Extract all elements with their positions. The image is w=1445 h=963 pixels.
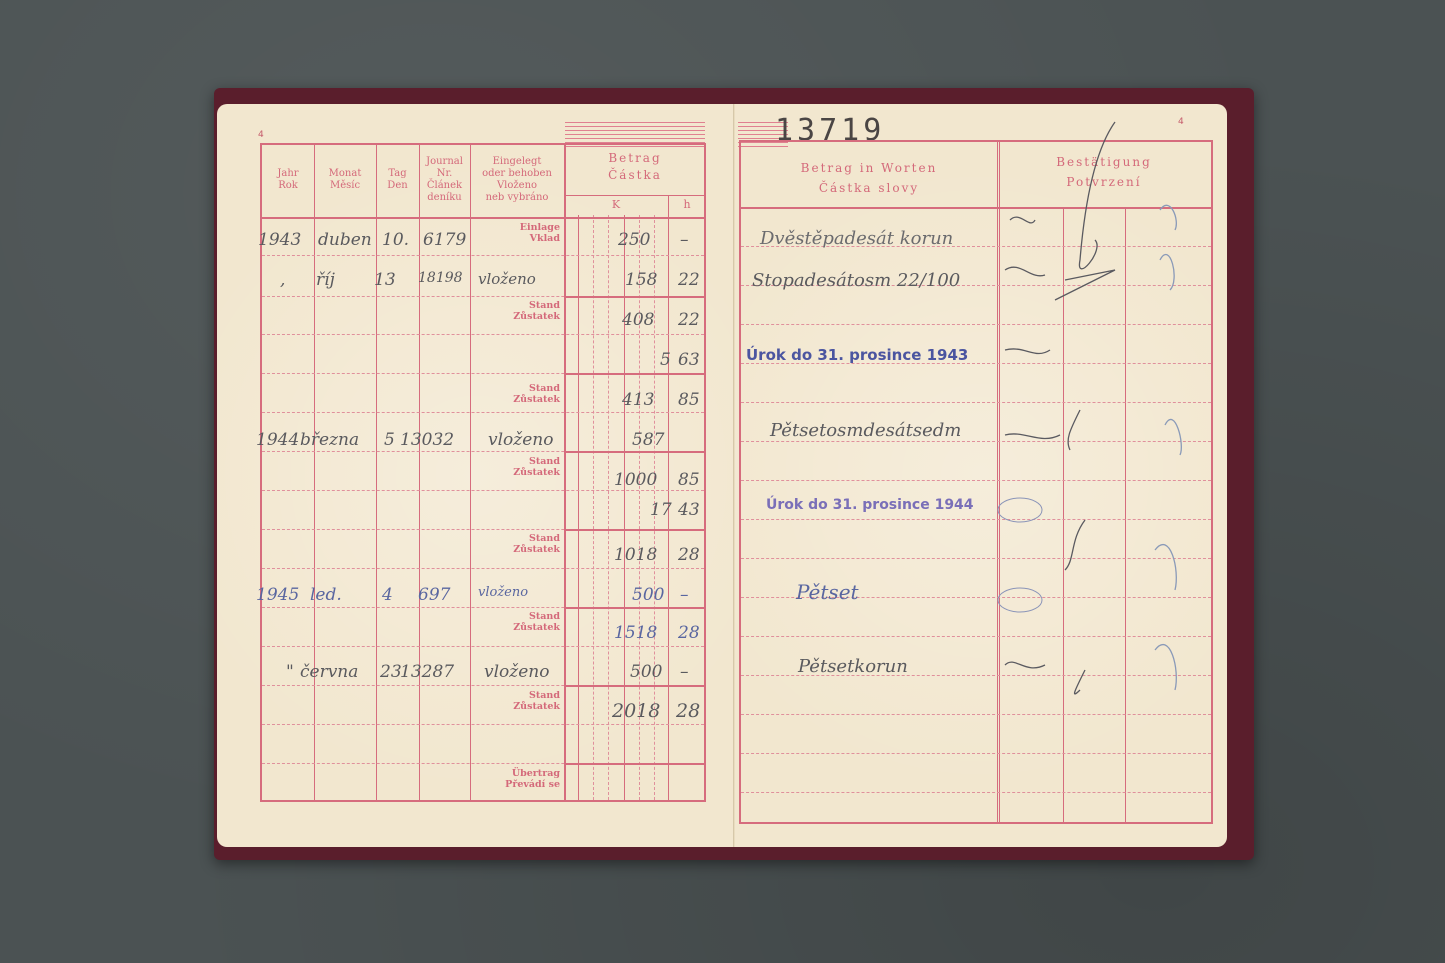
entry-day: 10. [382,230,409,250]
entry-type: vloženo [488,430,553,450]
amount-in-words: Pětset [796,580,859,604]
interest-h: 63 [678,350,700,370]
header-type: Eingelegtoder behobenVloženoneb vybráno [470,156,564,204]
label-balance: StandZůstatek [470,300,560,322]
balance-k: 1018 [614,545,657,565]
balance-h: 28 [678,623,700,643]
entry-year: 1945 [256,585,299,605]
amount-in-words: Pětsetosmdesátsedm [770,420,961,441]
balance-h: 85 [678,390,700,410]
entry-day: 23 [380,662,402,682]
header-amount-h: h [668,199,706,211]
balance-k: 1518 [614,623,657,643]
balance-k: 1000 [614,470,657,490]
entry-amount-h: – [680,662,689,682]
label-deposit: EinlageVklad [470,222,560,244]
entry-day: 5 [384,430,395,450]
entry-month: března [300,430,359,450]
entry-month: led. [310,585,342,605]
balance-k: 408 [622,310,654,330]
entry-year: 1943 [258,230,301,250]
entry-amount-k: 587 [632,430,664,450]
interest-stamp-1943: Úrok do 31. prosince 1943 [746,346,968,364]
label-balance: StandZůstatek [470,456,560,478]
header-amount-k: K [564,199,668,211]
entry-amount-k: 500 [632,585,664,605]
left-page-number: 4 [258,130,264,140]
entry-journal: 18198 [418,270,463,286]
entry-year: , [280,270,285,290]
label-balance: StandZůstatek [470,383,560,405]
entry-type: vloženo [478,270,536,288]
entry-month: června [300,662,358,682]
label-carryover: ÜbertragPřevádí se [470,768,560,790]
header-amount-words: Betrag in WortenČástka slovy [741,158,997,198]
interest-k: 17 [650,500,672,520]
entry-year: " [286,662,294,682]
amount-in-words: Stopadesátosm 22/100 [752,270,960,291]
label-balance: StandZůstatek [470,533,560,555]
header-amount: BetragČástka [564,150,706,184]
balance-h: 22 [678,310,700,330]
header-day: TagDen [376,168,419,192]
entry-journal: 697 [418,585,450,605]
entry-amount-h: – [680,585,689,605]
label-balance: StandZůstatek [470,611,560,633]
interest-k: 5 [660,350,671,370]
label-balance: StandZůstatek [470,690,560,712]
entry-journal: 6179 [423,230,466,250]
balance-k: 413 [622,390,654,410]
entry-amount-k: 500 [630,662,662,682]
entry-amount-h: – [680,230,689,250]
signatures-icon [995,110,1205,710]
header-month: MonatMěsíc [314,168,376,192]
header-year: JahrRok [262,168,314,192]
balance-h: 28 [676,700,700,722]
entry-type: vloženo [484,662,549,682]
balance-h: 28 [678,545,700,565]
balance-h: 85 [678,470,700,490]
interest-h: 43 [678,500,700,520]
header-journal: JournalNr.Článekdeníku [419,156,470,204]
entry-amount-k: 158 [625,270,657,290]
entry-journal: 13287 [400,662,454,682]
entry-day: 13 [374,270,396,290]
entry-amount-h: 22 [678,270,700,290]
amount-in-words: Pětsetkorun [798,656,908,677]
balance-k: 2018 [612,700,660,722]
entry-month: duben [318,230,372,250]
amount-in-words: Dvěstěpadesát korun [760,228,953,249]
entry-month: říj [316,270,335,290]
entry-type: vloženo [478,585,528,600]
interest-stamp-1944: Úrok do 31. prosince 1944 [766,497,974,513]
entry-journal: 13032 [400,430,454,450]
entry-amount-k: 250 [618,230,650,250]
entry-year: 1944 [256,430,299,450]
entry-day: 4 [382,585,393,605]
